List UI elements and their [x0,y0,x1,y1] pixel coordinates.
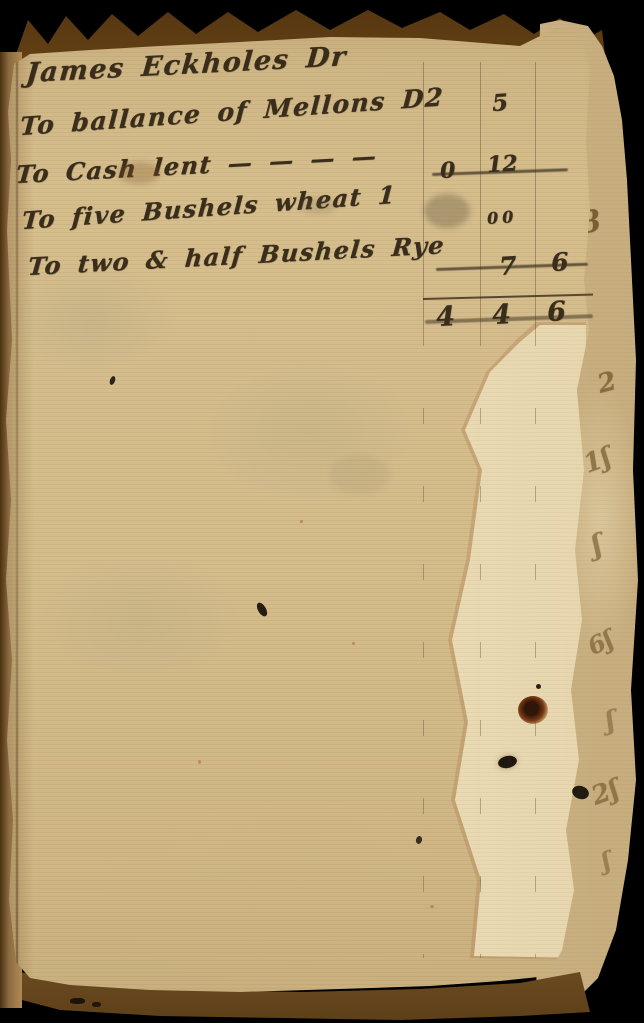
dark-blob [570,784,590,802]
ink-fleck [536,684,541,689]
brown-stain [118,162,160,184]
ink-smudge [424,194,470,228]
edge-debris [70,998,85,1004]
rust-speck [352,642,355,645]
dark-blob [497,754,518,770]
faint-stain [330,455,390,495]
ink-fleck [255,601,269,618]
rust-speck [430,905,434,908]
rust-blotch [518,696,548,724]
ink-fleck [109,375,117,385]
ink-fleck [415,835,423,844]
blemish-layer [0,0,644,1023]
ledger-scan: 8 2 1ʃ ʃ 6ʃ ʃ 2ʃ ʃ 5ʃ James Eckholes Dr … [0,0,644,1023]
edge-debris [92,1002,101,1007]
rust-speck [198,760,201,764]
rust-speck [300,520,303,523]
ink-smudge [300,198,336,214]
